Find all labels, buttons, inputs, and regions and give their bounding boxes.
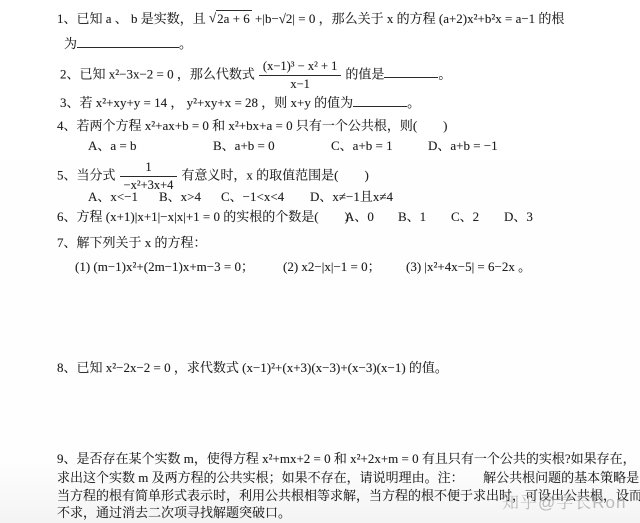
problem-1-line-2: 为。 bbox=[64, 36, 192, 52]
problem-5-pre: 5、当分式 bbox=[57, 167, 116, 182]
worksheet-page: 1、已知 a 、 b 是实数，且 √2a + 6 +|b−√2| = 0 ，那么… bbox=[0, 0, 640, 523]
problem-7-part-1: (1) (m−1)x²+(2m−1)x+m−3 = 0； bbox=[75, 259, 254, 275]
problem-9-line-4: 不求，通过消去二次项寻找解题突破口。 bbox=[57, 505, 291, 521]
problem-1-pre: 1、已知 a 、 b 是实数，且 bbox=[57, 11, 209, 26]
problem-1-post: +|b−√2| = 0 ，那么关于 x 的方程 (a+2)x²+b²x = a−… bbox=[252, 11, 565, 26]
problem-2-period: 。 bbox=[438, 66, 451, 81]
fraction-numerator: 1 bbox=[120, 160, 178, 177]
problem-9-line-1: 9、是否存在某个实数 m，使得方程 x²+mx+2 = 0 和 x²+2x+m … bbox=[57, 451, 636, 467]
problem-6-option-d: D、3 bbox=[504, 209, 533, 225]
problem-1-line-1: 1、已知 a 、 b 是实数，且 √2a + 6 +|b−√2| = 0 ，那么… bbox=[57, 11, 564, 27]
problem-3-line: 3、若 x²+xy+y = 14 ， y²+xy+x = 28 ，则 x+y 的… bbox=[60, 95, 420, 111]
problem-6-option-b: B、1 bbox=[398, 209, 426, 225]
problem-4-option-c: C、a+b = 1 bbox=[331, 138, 393, 154]
problem-3-pre: 3、若 x²+xy+y = 14 ， y²+xy+x = 28 ，则 x+y 的… bbox=[60, 95, 353, 110]
problem-7-part-3: (3) |x²+4x−5| = 6−2x 。 bbox=[406, 259, 531, 275]
fraction-numerator: (x−1)³ − x² + 1 bbox=[259, 59, 341, 76]
problem-5-option-a: A、x<−1 bbox=[88, 189, 138, 205]
fraction-p2: (x−1)³ − x² + 1x−1 bbox=[259, 59, 341, 92]
problem-6-option-a: A、0 bbox=[345, 209, 374, 225]
answer-blank-1 bbox=[77, 46, 179, 48]
square-root-expression: √2a + 6 bbox=[209, 11, 252, 27]
problem-2-line: 2、已知 x²−3x−2 = 0 ，那么代数式(x−1)³ − x² + 1x−… bbox=[60, 59, 451, 92]
problem-2-post: 的值是 bbox=[345, 66, 384, 81]
problem-6-stem: 6、方程 (x+1)|x+1|−x|x|+1 = 0 的实根的个数是( ) bbox=[57, 209, 349, 225]
problem-4-stem: 4、若两个方程 x²+ax+b = 0 和 x²+bx+a = 0 只有一个公共… bbox=[57, 118, 447, 134]
answer-blank-2 bbox=[384, 76, 438, 78]
problem-5-option-b: B、x>4 bbox=[159, 189, 201, 205]
problem-6-option-c: C、2 bbox=[451, 209, 479, 225]
radical-sign: √ bbox=[209, 10, 216, 26]
answer-blank-3 bbox=[353, 105, 407, 107]
zhihu-watermark: 知乎@学长Ron bbox=[502, 488, 626, 513]
problem-9-line-2: 求出这个实数 m 及两方程的公共实根；如果不存在，请说明理由。注： 解公共根问题… bbox=[57, 470, 640, 486]
problem-8-stem: 8、已知 x²−2x−2 = 0 ，求代数式 (x−1)²+(x+3)(x−3)… bbox=[57, 360, 448, 376]
problem-2-pre: 2、已知 x²−3x−2 = 0 ，那么代数式 bbox=[60, 66, 255, 81]
problem-5-option-c: C、−1<x<4 bbox=[221, 189, 284, 205]
problem-1-period: 。 bbox=[179, 36, 192, 51]
problem-7-part-2: (2) x2−|x|−1 = 0； bbox=[283, 259, 381, 275]
problem-5-option-d: D、x≠−1且x≠4 bbox=[310, 189, 393, 205]
problem-4-option-d: D、a+b = −1 bbox=[428, 138, 498, 154]
fraction-denominator: x−1 bbox=[259, 76, 341, 92]
problem-7-stem: 7、解下列关于 x 的方程： bbox=[57, 235, 207, 251]
problem-3-period: 。 bbox=[407, 95, 420, 110]
problem-4-option-b: B、a+b = 0 bbox=[213, 138, 275, 154]
problem-1-continuation: 为 bbox=[64, 36, 77, 51]
problem-5-post: 有意义时，x 的取值范围是( ) bbox=[181, 167, 368, 182]
problem-4-option-a: A、a = b bbox=[88, 138, 137, 154]
radicand: 2a + 6 bbox=[216, 10, 252, 26]
